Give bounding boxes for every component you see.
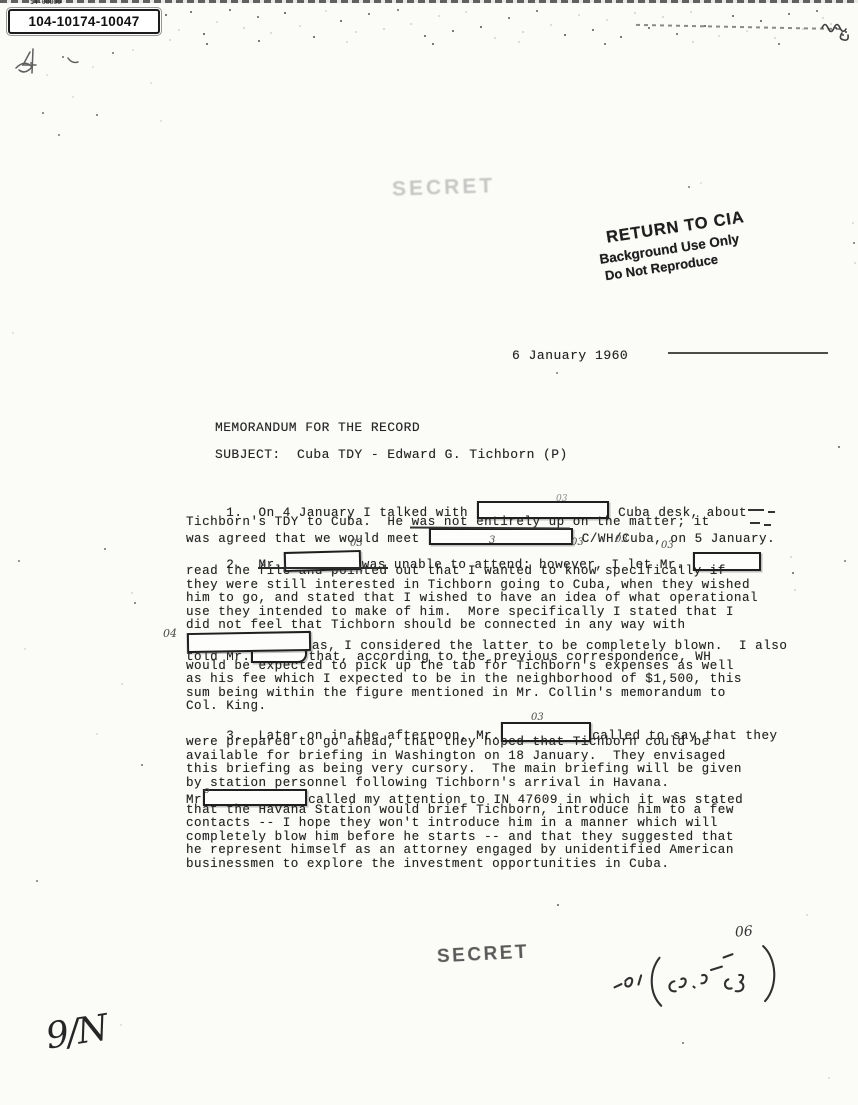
date-line: 6 January 1960 — [512, 348, 628, 363]
line-artifact — [258, 567, 388, 569]
handwritten-mark: 03 — [615, 534, 628, 545]
memo-line: Tichborn's TDY to Cuba. He was not entir… — [186, 515, 787, 529]
memo-text: would be expected to pick up the tab for… — [186, 659, 734, 673]
handwritten-mark: 03 — [556, 494, 567, 504]
memo-line: this briefing as being very cursory. The… — [186, 762, 787, 776]
redaction-box — [187, 630, 311, 652]
memo-text: completely blow him before he starts -- … — [186, 830, 734, 844]
dash-artifact — [768, 511, 775, 513]
memo-line: completely blow him before he starts -- … — [186, 830, 787, 844]
memo-text: use they intended to make of him. More s… — [186, 605, 734, 619]
memo-line: they were still interested in Tichborn g… — [186, 578, 787, 592]
memo-text: that the Havana Station would brief Tich… — [186, 803, 734, 817]
memo-text: as his fee which I expected to be in the… — [186, 672, 742, 686]
memo-paragraph: 3. Later on in the afternoon, Mr.called … — [186, 722, 787, 871]
memo-line: 2. Mr.was unable to attend; however, I l… — [186, 551, 787, 565]
memo-text: sum being within the figure mentioned in… — [186, 686, 726, 700]
dash-artifact — [750, 522, 760, 524]
secret-stamp-top: SECRET — [392, 174, 496, 202]
memo-line: 3. Later on in the afternoon, Mr.called … — [186, 722, 787, 736]
scribble-topright — [820, 18, 856, 48]
handwritten-mark: 03 — [661, 540, 674, 551]
handwritten-circle: o — [204, 786, 209, 796]
memo-paragraph: 2. Mr.was unable to attend; however, I l… — [186, 551, 787, 713]
scan-noise-line — [636, 24, 844, 30]
handwritten-number: 06 — [734, 923, 753, 940]
memo-text: was agreed that we would meet — [186, 532, 428, 546]
memo-text: businessmen to explore the investment op… — [186, 857, 669, 871]
handwritten-mark: 03 — [531, 712, 544, 723]
memo-line: Mrcalled my attention to IN 47609 in whi… — [186, 789, 787, 803]
memo-text: he represent himself as an attorney enga… — [186, 843, 734, 857]
memo-line: by station personnel following Tichborn'… — [186, 776, 787, 790]
scan-noise-dots — [0, 0, 2, 2]
memo-text: available for briefing in Washington on … — [186, 749, 726, 763]
handwritten-scribble-bottomright — [596, 914, 825, 1027]
dash-artifact — [764, 524, 771, 526]
memo-text: were prepared to go ahead, that they hop… — [186, 735, 710, 749]
memo-heading: MEMORANDUM FOR THE RECORD — [215, 420, 420, 435]
handwritten-mark: 3 — [489, 535, 495, 546]
memo-line: that the Havana Station would brief Tich… — [186, 803, 787, 817]
scan-edge-line — [0, 0, 858, 3]
memo-line: would be expected to pick up the tab for… — [186, 659, 787, 673]
handwritten-mark: 03 — [571, 537, 584, 548]
memo-line: contacts -- I hope they won't introduce … — [186, 816, 787, 830]
memo-line: sum being within the figure mentioned in… — [186, 686, 787, 700]
handwritten-mark: 03 — [350, 538, 363, 549]
memo-text: by station personnel following Tichborn'… — [186, 776, 669, 790]
secret-stamp-bottom: SECRET — [436, 942, 529, 969]
memo-paragraph: 1. On 4 January I talked with Cuba desk,… — [186, 501, 787, 542]
memo-text: him to go, and stated that I wished to h… — [186, 591, 758, 605]
memo-line: were prepared to go ahead, that they hop… — [186, 735, 787, 749]
memo-line: available for briefing in Washington on … — [186, 749, 787, 763]
memo-line: businessmen to explore the investment op… — [186, 857, 787, 871]
memo-line: he represent himself as an attorney enga… — [186, 843, 787, 857]
memo-line: him to go, and stated that I wished to h… — [186, 591, 787, 605]
scanned-memo-page: 14-00000 104-10174-10047 SECRET RETURN T… — [0, 0, 858, 1105]
pencil-marks-topleft — [8, 38, 158, 138]
margin-mark: 04 — [163, 627, 177, 640]
memo-text: contacts -- I hope they won't introduce … — [186, 816, 718, 830]
memo-line: Col. King. — [186, 699, 787, 713]
subject-line: SUBJECT: Cuba TDY - Edward G. Tichborn (… — [215, 447, 568, 462]
memo-line: as his fee which I expected to be in the… — [186, 672, 787, 686]
dash-artifact — [748, 509, 764, 511]
memo-line: 1. On 4 January I talked with Cuba desk,… — [186, 501, 787, 515]
memo-text: Col. King. — [186, 699, 267, 713]
dash-rule — [668, 352, 828, 354]
memo-text: C/WH/Cuba, on 5 January. — [574, 532, 775, 546]
memo-body: 1. On 4 January I talked with Cuba desk,… — [186, 501, 787, 879]
memo-line: was agreed that we would meet C/WH/Cuba,… — [186, 528, 787, 542]
document-number-stamp: 104-10174-10047 — [8, 9, 160, 34]
memo-line: use they intended to make of him. More s… — [186, 605, 787, 619]
memo-text: did not feel that Tichborn should be con… — [186, 618, 686, 632]
return-to-cia-stamp: RETURN TO CIA Background Use Only Do Not… — [593, 198, 819, 284]
memo-line: as, I considered the latter to be comple… — [186, 632, 787, 646]
redaction-box — [429, 528, 573, 545]
edge-fragment-text: 14-00000 — [30, 0, 61, 6]
memo-line: did not feel that Tichborn should be con… — [186, 618, 787, 632]
memo-text: this briefing as being very cursory. The… — [186, 762, 742, 776]
memo-text: they were still interested in Tichborn g… — [186, 578, 750, 592]
handwritten-initials: 9/N — [43, 1008, 109, 1058]
